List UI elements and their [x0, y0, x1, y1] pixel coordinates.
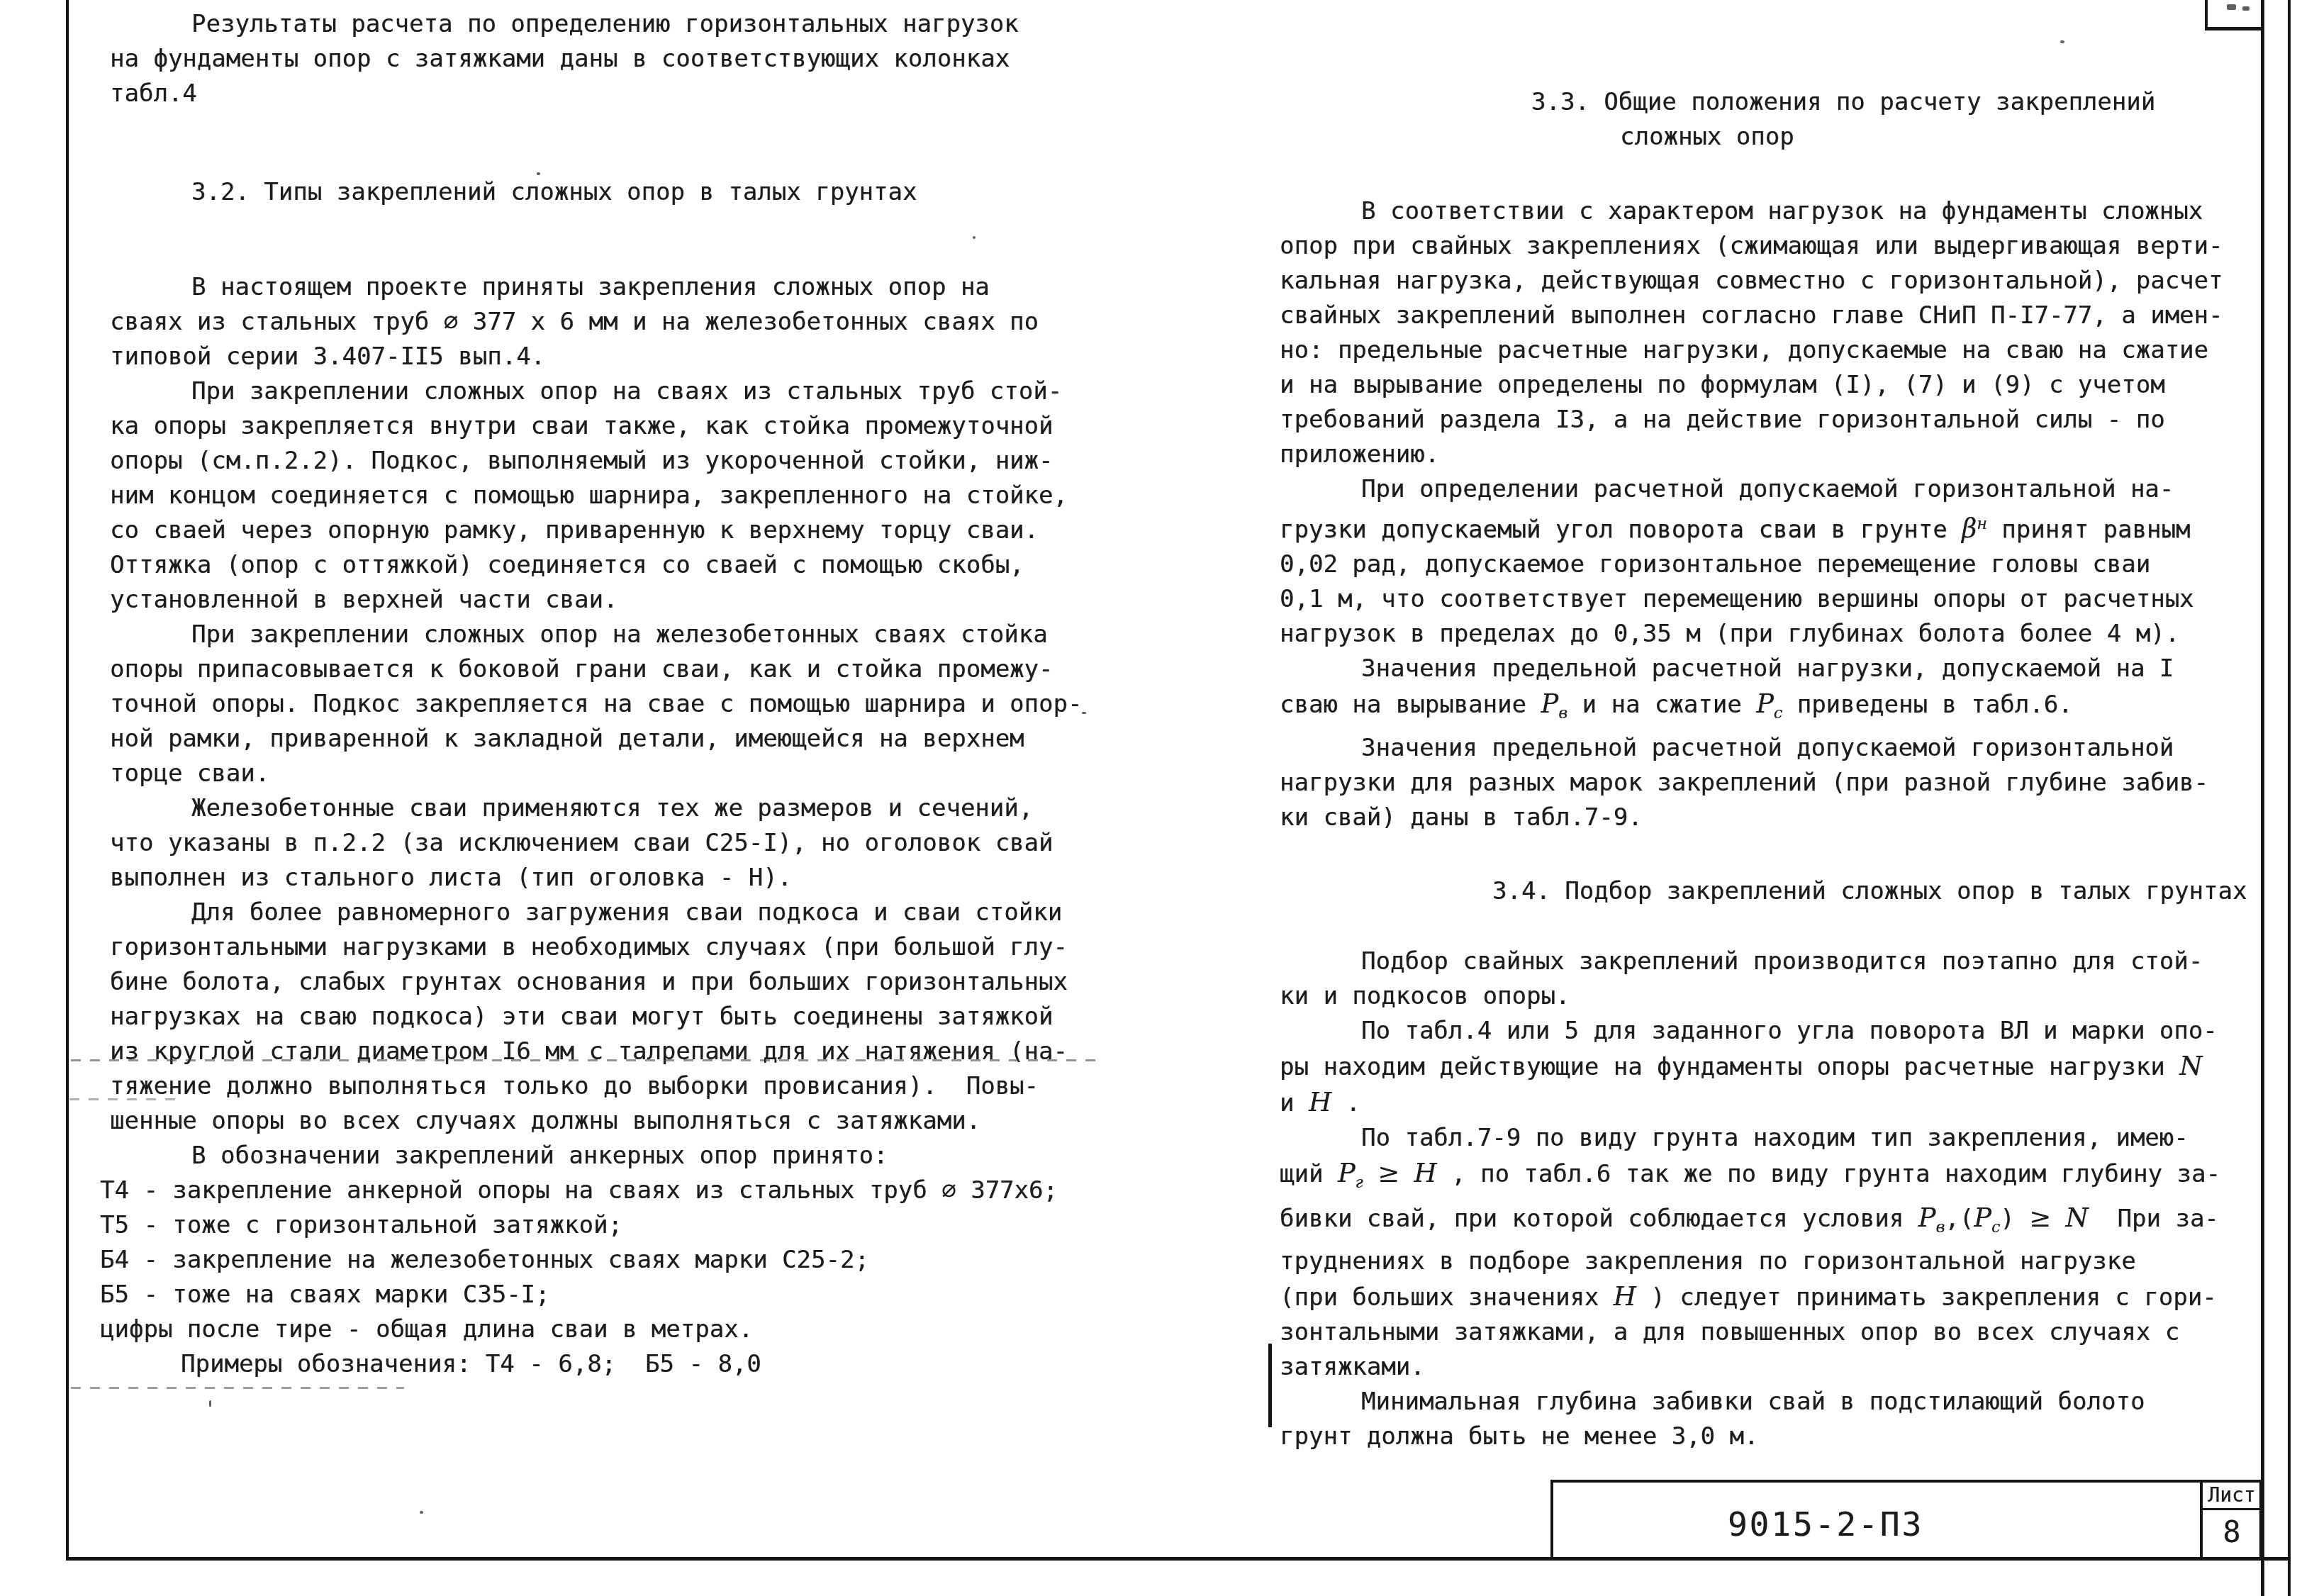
- text-line: шенные опоры во всех случаях должны выпо…: [110, 1104, 1124, 1139]
- text-line: табл.4: [110, 77, 1124, 111]
- left-column: Результаты расчета по определению горизо…: [110, 7, 1124, 1382]
- text-line: По табл.7-9 по виду грунта находим тип з…: [1361, 1121, 2251, 1156]
- sheet-number: 8: [2201, 1514, 2262, 1549]
- text-line: тяжение должно выполняться только до выб…: [110, 1069, 1124, 1104]
- text-line: ной рамки, приваренной к закладной детал…: [110, 722, 1124, 757]
- text-line: требований раздела I3, а на действие гор…: [1280, 403, 2251, 437]
- text-line: труднениях в подборе закрепления по гори…: [1280, 1244, 2251, 1279]
- text-line: нагрузок в пределах до 0,35 м (при глуби…: [1280, 617, 2251, 652]
- text-line: 0,02 рад, допускаемое горизонтальное пер…: [1280, 547, 2251, 582]
- top-right-box-bottom-edge: [2205, 27, 2261, 30]
- text-line: грунт должна быть не менее 3,0 м.: [1280, 1419, 2251, 1454]
- text-line: Подбор свайных закреплений производится …: [1361, 944, 2251, 979]
- text-line: свайных закреплений выполнен согласно гл…: [1280, 298, 2251, 333]
- ink-mark: [2242, 6, 2250, 11]
- text-line: выполнен из стального листа (тип оголовк…: [110, 861, 1124, 895]
- text-line: со сваей через опорную рамку, приваренну…: [110, 513, 1124, 548]
- text-line: ры находим действующие на фундаменты опо…: [1280, 1049, 2251, 1085]
- handwritten-symbol: N: [2179, 1051, 2202, 1081]
- text-line: В настоящем проекте приняты закрепления …: [191, 270, 1124, 305]
- text-line: бине болота, слабых грунтах основания и …: [110, 965, 1124, 1000]
- text-line: и на вырывание определены по формулам (I…: [1280, 368, 2251, 403]
- text-line: и Н .: [1280, 1085, 2251, 1121]
- text-line: Железобетонные сваи применяются тех же р…: [191, 791, 1124, 826]
- text-line: но: предельные расчетные нагрузки, допус…: [1280, 333, 2251, 368]
- text-line: При закреплении сложных опор на сваях из…: [191, 374, 1124, 409]
- text-line: По табл.4 или 5 для заданного угла повор…: [1361, 1014, 2251, 1049]
- gte-symbol: ≥: [1377, 1158, 1399, 1188]
- page-border-left: [66, 0, 69, 1559]
- sheet-label: Лист: [2201, 1483, 2262, 1507]
- document-number: 9015-2-ПЗ: [1595, 1505, 2056, 1544]
- text-line: торце сваи.: [110, 757, 1124, 791]
- text-line: Примеры обозначения: Т4 - 6,8; Б5 - 8,0: [181, 1347, 1124, 1382]
- text-line: Результаты расчета по определению горизо…: [191, 7, 1124, 42]
- text-line: приложению.: [1280, 437, 2251, 472]
- text-line: установленной в верхней части сваи.: [110, 583, 1124, 618]
- text-line: Для более равномерного загружения сваи п…: [191, 895, 1124, 930]
- ink-speck: [2060, 40, 2064, 43]
- gte-symbol: ≥: [2029, 1202, 2051, 1233]
- text-line: сваю на вырывание Рв и на сжатие Рс прив…: [1280, 686, 2251, 731]
- text-line: ним концом соединяется с помощью шарнира…: [110, 479, 1124, 513]
- text-line: ки и подкосов опоры.: [1280, 979, 2251, 1014]
- ink-speck: [973, 236, 976, 239]
- ink-speck: [537, 172, 540, 175]
- scanned-document-page: Результаты расчета по определению горизо…: [0, 0, 2297, 1596]
- text-line: нагрузки для разных марок закреплений (п…: [1280, 766, 2251, 800]
- load-symbol: Рг: [1338, 1158, 1363, 1188]
- page-border-right-outer: [2288, 0, 2291, 1596]
- handwritten-symbol: Н: [1414, 1158, 1437, 1188]
- text-line: точной опоры. Подкос закрепляется на сва…: [110, 687, 1124, 722]
- ink-mark: [2227, 4, 2236, 10]
- title-block-divider-horizontal: [2200, 1508, 2262, 1510]
- text-line: из круглой стали диаметром I6 мм с талре…: [110, 1034, 1124, 1069]
- text-line: кальная нагрузка, действующая совместно …: [1280, 264, 2251, 298]
- text-line: Б5 - тоже на сваях марки С35-I;: [100, 1278, 1124, 1312]
- text-line: 3.2. Типы закреплений сложных опор в тал…: [191, 175, 1124, 210]
- scan-artifact-dashed-line: [71, 1387, 404, 1389]
- text-line: ка опоры закрепляется внутри сваи также,…: [110, 409, 1124, 444]
- text-line: При определении расчетной допускаемой го…: [1361, 472, 2251, 507]
- text-line: бивки свай, при которой соблюдается усло…: [1280, 1200, 2251, 1245]
- text-line: что указаны в п.2.2 (за исключением сваи…: [110, 826, 1124, 861]
- text-line: ки свай) даны в табл.7-9.: [1280, 800, 2251, 835]
- load-symbol: Рс: [1974, 1202, 2000, 1233]
- handwritten-symbol: Н: [1309, 1087, 1331, 1117]
- right-column: 3.3. Общие положения по расчету закрепле…: [1280, 85, 2251, 1454]
- text-line: затяжками.: [1280, 1350, 2251, 1385]
- handwritten-symbol: Н: [1614, 1281, 1636, 1312]
- text-line: Т4 - закрепление анкерной опоры на сваях…: [100, 1173, 1124, 1208]
- text-line: горизонтальными нагрузками в необходимых…: [110, 930, 1124, 965]
- ink-speck: [209, 1400, 211, 1407]
- text-line: грузки допускаемый угол поворота сваи в …: [1280, 507, 2251, 547]
- load-symbol: Рс: [1756, 688, 1782, 719]
- scan-artifact-dashed-line: [69, 1098, 176, 1100]
- beta-symbol: βн: [1962, 513, 1987, 544]
- ink-speck: [1082, 712, 1086, 714]
- margin-change-bar: [1268, 1344, 1272, 1427]
- top-right-box-left-edge: [2205, 0, 2208, 30]
- text-line: 0,1 м, что соответствует перемещению вер…: [1280, 582, 2251, 617]
- text-line: 3.4. Подбор закреплений сложных опор в т…: [1492, 874, 2251, 909]
- handwritten-symbol: N: [2065, 1202, 2088, 1233]
- load-symbol: Рв: [1918, 1202, 1945, 1233]
- page-border-right-inner: [2261, 0, 2264, 1596]
- text-line: В обозначении закреплений анкерных опор …: [191, 1139, 1124, 1173]
- text-line: опоры (см.п.2.2). Подкос, выполняемый из…: [110, 444, 1124, 479]
- text-line: Минимальная глубина забивки свай в подст…: [1361, 1385, 2251, 1419]
- text-line: Значения предельной расчетной допускаемо…: [1361, 731, 2251, 766]
- text-line: Оттяжка (опор с оттяжкой) соединяется со…: [110, 548, 1124, 583]
- text-line: В соответствии с характером нагрузок на …: [1361, 194, 2251, 229]
- text-line: сваях из стальных труб ∅ 377 х 6 мм и на…: [110, 305, 1124, 340]
- scan-artifact-dashed-line: [71, 1059, 1102, 1061]
- text-line: щий Рг ≥ Н , по табл.6 так же по виду гр…: [1280, 1156, 2251, 1200]
- text-line: Т5 - тоже с горизонтальной затяжкой;: [100, 1208, 1124, 1243]
- text-line: (при больших значениях Н ) следует прини…: [1280, 1279, 2251, 1315]
- text-line: нагрузках на сваю подкоса) эти сваи могу…: [110, 1000, 1124, 1034]
- text-line: зонтальными затяжками, а для повышенных …: [1280, 1315, 2251, 1350]
- load-symbol: Рв: [1541, 688, 1567, 719]
- text-line: опоры припасовывается к боковой грани св…: [110, 652, 1124, 687]
- text-line: типовой серии 3.407-II5 вып.4.: [110, 340, 1124, 374]
- text-line: сложных опор: [1620, 120, 2251, 155]
- text-line: опор при свайных закреплениях (сжимающая…: [1280, 229, 2251, 264]
- text-line: Значения предельной расчетной нагрузки, …: [1361, 652, 2251, 686]
- text-line: Б4 - закрепление на железобетонных сваях…: [100, 1243, 1124, 1278]
- text-line: При закреплении сложных опор на железобе…: [191, 618, 1124, 652]
- ink-speck: [420, 1511, 423, 1514]
- text-line: цифры после тире - общая длина сваи в ме…: [100, 1312, 1124, 1347]
- text-line: 3.3. Общие положения по расчету закрепле…: [1531, 85, 2251, 120]
- text-line: на фундаменты опор с затяжками даны в со…: [110, 42, 1124, 77]
